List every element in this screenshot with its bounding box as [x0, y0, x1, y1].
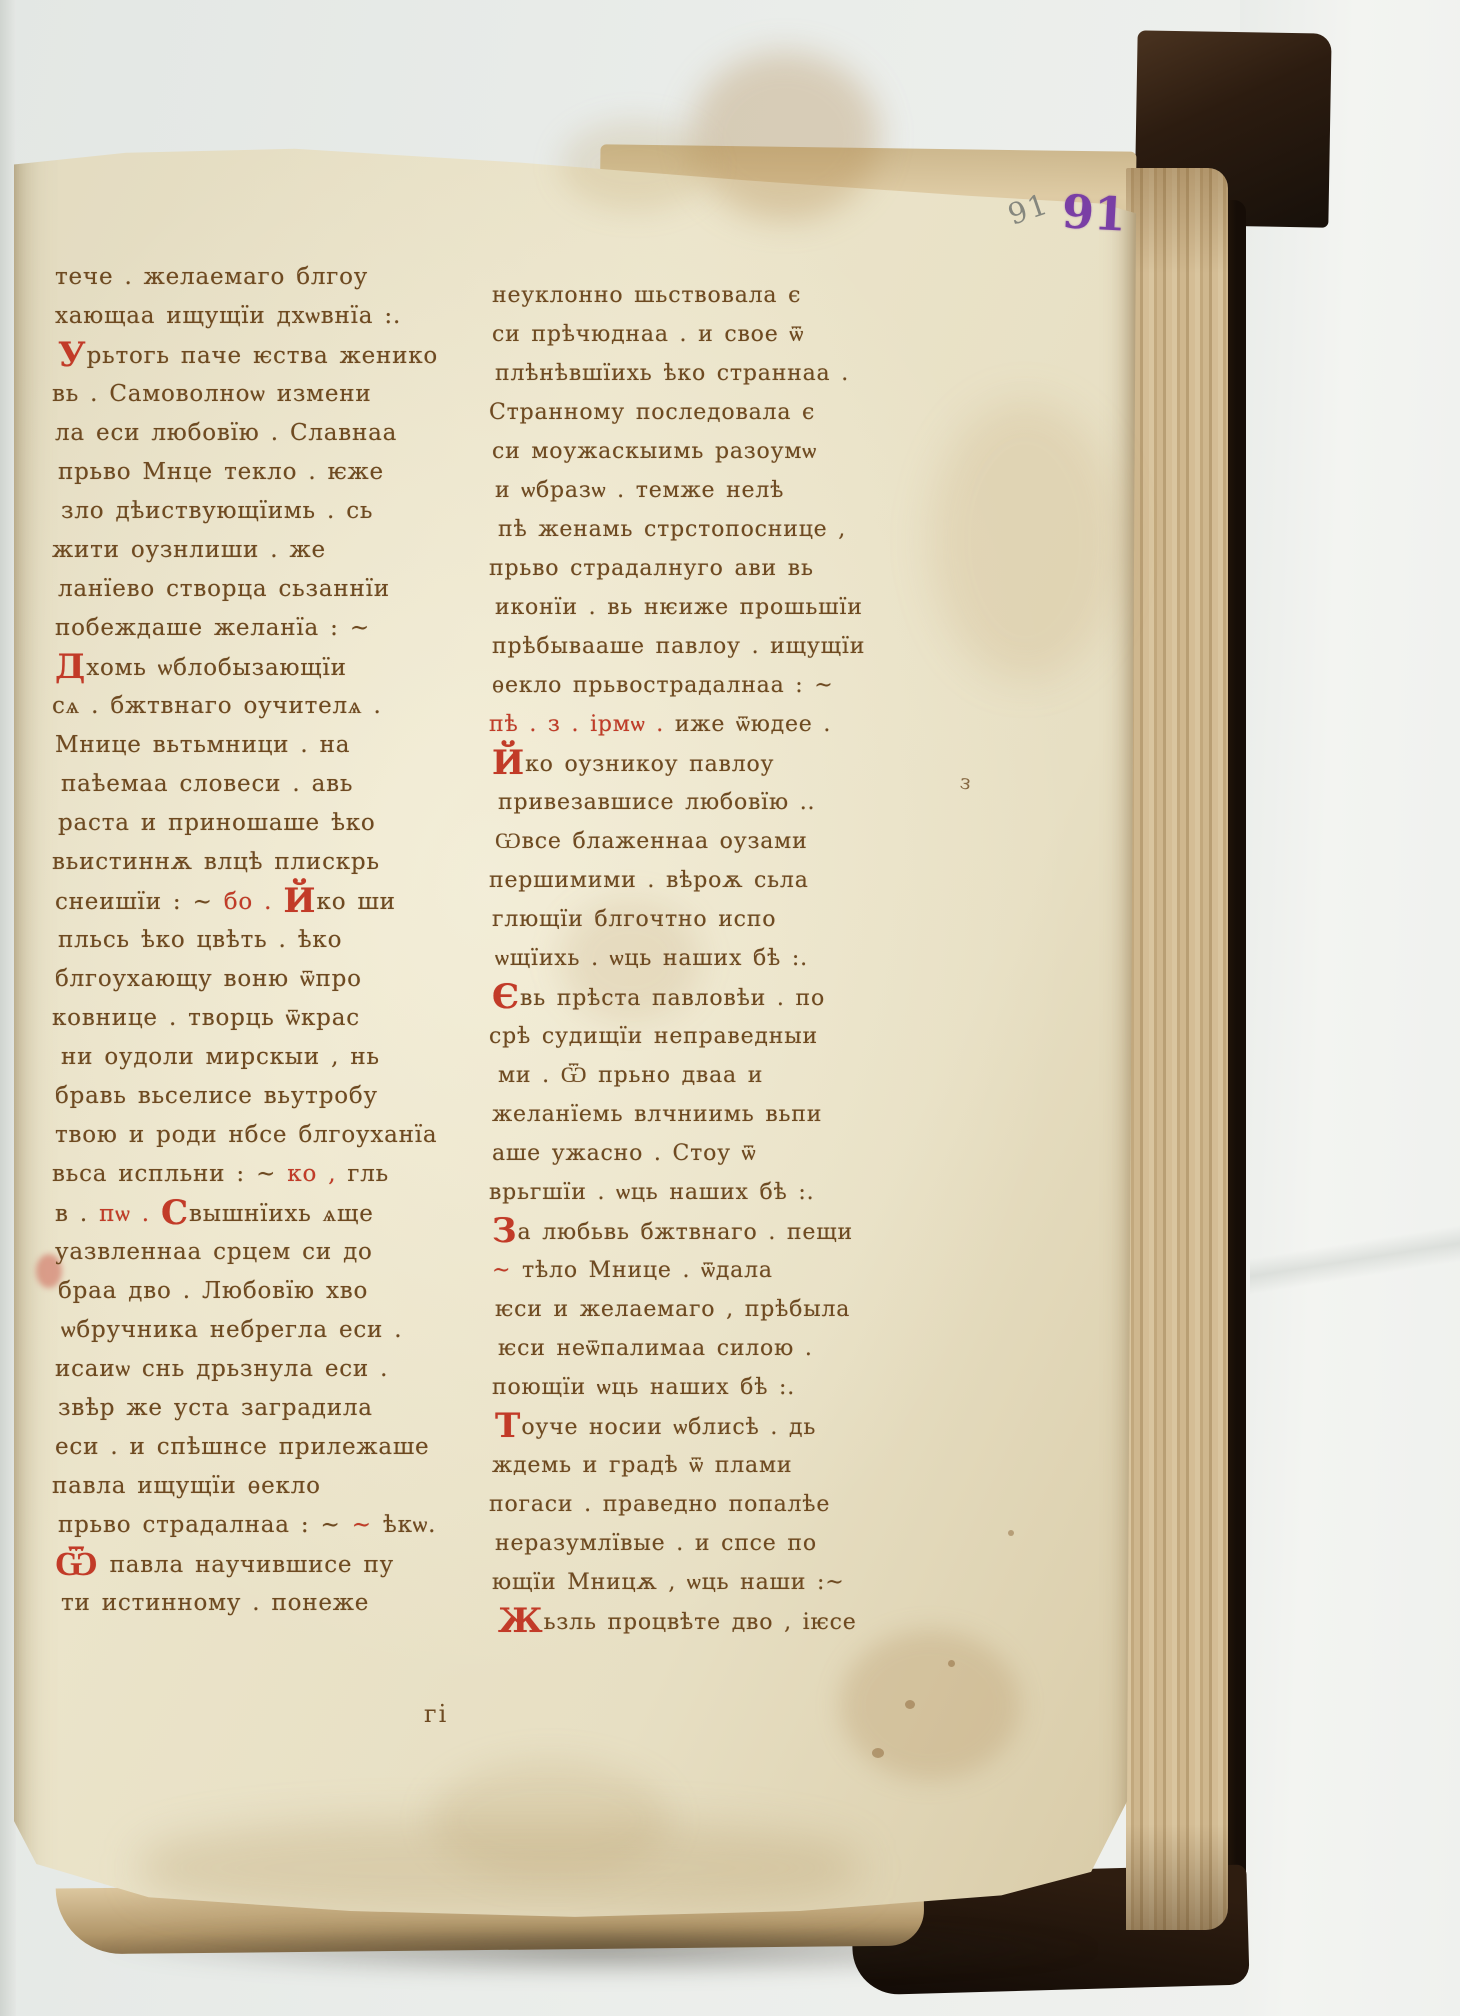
manuscript-line: Ѡвсе блаженнаа оузами: [495, 822, 921, 861]
folio-number-purple: 91: [1061, 184, 1128, 241]
manuscript-line: побеждаше желанїа : ~: [55, 609, 475, 648]
manuscript-line: и ѡбразѡ . темже нелѣ: [495, 471, 921, 510]
manuscript-line: си прѣчюднаа . и свое ѿ: [492, 315, 918, 354]
manuscript-line: исаиѡ снь дрьзнула еси .: [55, 1350, 475, 1389]
manuscript-line: неуклонно шьствовала є: [492, 276, 918, 315]
manuscript-photo: тече . желаемаго блгоухающаа ищущїи дхѡв…: [0, 0, 1460, 2016]
right-text-column: неуклонно шьствовала єси прѣчюднаа . и с…: [492, 276, 918, 1641]
manuscript-line: пѣ женамь стрстопоснице ,: [498, 510, 924, 549]
manuscript-line: погаси . праведно попалѣе: [489, 1485, 915, 1524]
manuscript-line: привезавшисе любовїю ..: [498, 783, 924, 822]
manuscript-line: ти истинному . понеже: [61, 1584, 481, 1623]
manuscript-line: иконїи . вь нѥиже прошьшїи: [495, 588, 921, 627]
manuscript-line: За любьвь бжтвнаго . пещи: [492, 1212, 918, 1251]
manuscript-line: прѣбывааше павлоу . ищущїи: [492, 627, 918, 666]
manuscript-line: павла ищущїи ѳекло: [52, 1467, 472, 1506]
manuscript-line: Жьзль процвѣте дво , іѥсе: [498, 1602, 924, 1641]
manuscript-line: Євь прѣста павловѣи . по: [492, 978, 918, 1017]
manuscript-line: твою и роди нбсе блгоуханїа: [55, 1116, 475, 1155]
manuscript-line: ми . Ѿ прьно дваа и: [498, 1056, 924, 1095]
left-text-column: тече . желаемаго блгоухающаа ищущїи дхѡв…: [55, 258, 475, 1623]
manuscript-line: ющїи Мницѫ , ѡць наши :~: [492, 1563, 918, 1602]
manuscript-line: вьистиннѫ влцѣ плискрь: [52, 843, 472, 882]
manuscript-line: врьгшїи . ѡць наших бѣ :.: [489, 1173, 915, 1212]
speck: [948, 1660, 955, 1667]
manuscript-line: ѡщїихь . ѡць наших бѣ :.: [495, 939, 921, 978]
manuscript-line: раста и приношаше ѣко: [58, 804, 478, 843]
manuscript-line: пѣ . з . ірмѡ . иже ѿюдее .: [489, 705, 915, 744]
quire-signature: гі: [424, 1700, 448, 1728]
manuscript-line: жити оузнлиши . же: [52, 531, 472, 570]
book-shadow: [90, 1928, 1110, 1980]
manuscript-line: плѣнѣвшїихь ѣко страннаа .: [495, 354, 921, 393]
manuscript-line: ждемь и градѣ ѿ плами: [492, 1446, 918, 1485]
manuscript-line: ла еси любовїю . Славнаа: [55, 414, 475, 453]
backdrop-left-edge: [0, 0, 16, 2016]
manuscript-line: блгоухающу воню ѿпро: [55, 960, 475, 999]
manuscript-line: бравь вьселисе вьутробу: [55, 1077, 475, 1116]
manuscript-line: ѡбручника небрегла еси .: [61, 1311, 481, 1350]
manuscript-line: прьво Мнце текло . ѥже: [58, 453, 478, 492]
manuscript-line: пльсь ѣко цвѣть . ѣко: [58, 921, 478, 960]
manuscript-line: снеишїи : ~ бо . Йко ши: [55, 882, 475, 921]
backdrop: [1240, 0, 1460, 2016]
manuscript-line: Странному последовала є: [489, 393, 915, 432]
manuscript-line: зло дѣиствующїимь . сь: [61, 492, 481, 531]
manuscript-line: Дхомь ѡблобызающїи: [55, 648, 475, 687]
manuscript-line: поющїи ѡць наших бѣ :.: [492, 1368, 918, 1407]
manuscript-line: желанїемь влчниимь вьпи: [492, 1095, 918, 1134]
manuscript-line: си моужаскыимь разоумѡ: [492, 432, 918, 471]
manuscript-line: аше ужасно . Стоу ѿ: [492, 1134, 918, 1173]
manuscript-line: ланїево створца сьзаннїи: [58, 570, 478, 609]
manuscript-line: сѧ . бжтвнаго оучителѧ .: [52, 687, 472, 726]
manuscript-line: срѣ судищїи неправедныи: [489, 1017, 915, 1056]
manuscript-line: ни оудоли мирскыи , нь: [61, 1038, 481, 1077]
manuscript-line: паѣемаа словеси . авь: [61, 765, 481, 804]
manuscript-line: прьво страдалнаа : ~ ~ ѣкѡ.: [58, 1506, 478, 1545]
manuscript-line: браа дво . Любовїю хво: [58, 1272, 478, 1311]
backdrop-crease: [1250, 1050, 1460, 1470]
manuscript-line: ѥси и желаемаго , прѣбыла: [495, 1290, 921, 1329]
speck: [905, 1700, 915, 1709]
manuscript-line: прьво страдалнуго ави вь: [489, 549, 915, 588]
speck: [872, 1748, 884, 1758]
manuscript-line: неразумлївые . и спсе по: [495, 1524, 921, 1563]
manuscript-line: еси . и спѣшнсе прилежаше: [55, 1428, 475, 1467]
manuscript-line: вь . Самоволноѡ измени: [52, 375, 472, 414]
manuscript-line: Ѿ павла научившисе пу: [55, 1545, 475, 1584]
manuscript-line: глющїи блгочтно испо: [492, 900, 918, 939]
manuscript-line: ѥси неѿпалимаа силою .: [498, 1329, 924, 1368]
manuscript-line: ковнице . творць ѿкрас: [52, 999, 472, 1038]
manuscript-line: Йко оузникоу павлоу: [492, 744, 918, 783]
speck: [1008, 1530, 1014, 1536]
manuscript-line: першимими . вѣроѫ сьла: [489, 861, 915, 900]
manuscript-line: тече . желаемаго блгоу: [55, 258, 475, 297]
fore-edge-page-stack: [1126, 168, 1228, 1930]
manuscript-line: Тоуче носии ѡблисѣ . дь: [495, 1407, 921, 1446]
manuscript-line: ~ тѣло Мнице . ѿдала: [492, 1251, 918, 1290]
manuscript-line: хающаа ищущїи дхѡвнїа :.: [55, 297, 475, 336]
manuscript-line: Мнице вьтьмници . на: [55, 726, 475, 765]
manuscript-line: в . пѡ . Свышнїихь ѧще: [55, 1194, 475, 1233]
manuscript-line: ѳекло прьвострадалнаа : ~: [492, 666, 918, 705]
manuscript-line: вьса испльни : ~ ко , гль: [52, 1155, 472, 1194]
manuscript-line: Урьтогь паче ѥства женико: [58, 336, 478, 375]
manuscript-line: уазвленнаа срцем си до: [55, 1233, 475, 1272]
manuscript-line: звѣр же уста заградила: [58, 1389, 478, 1428]
